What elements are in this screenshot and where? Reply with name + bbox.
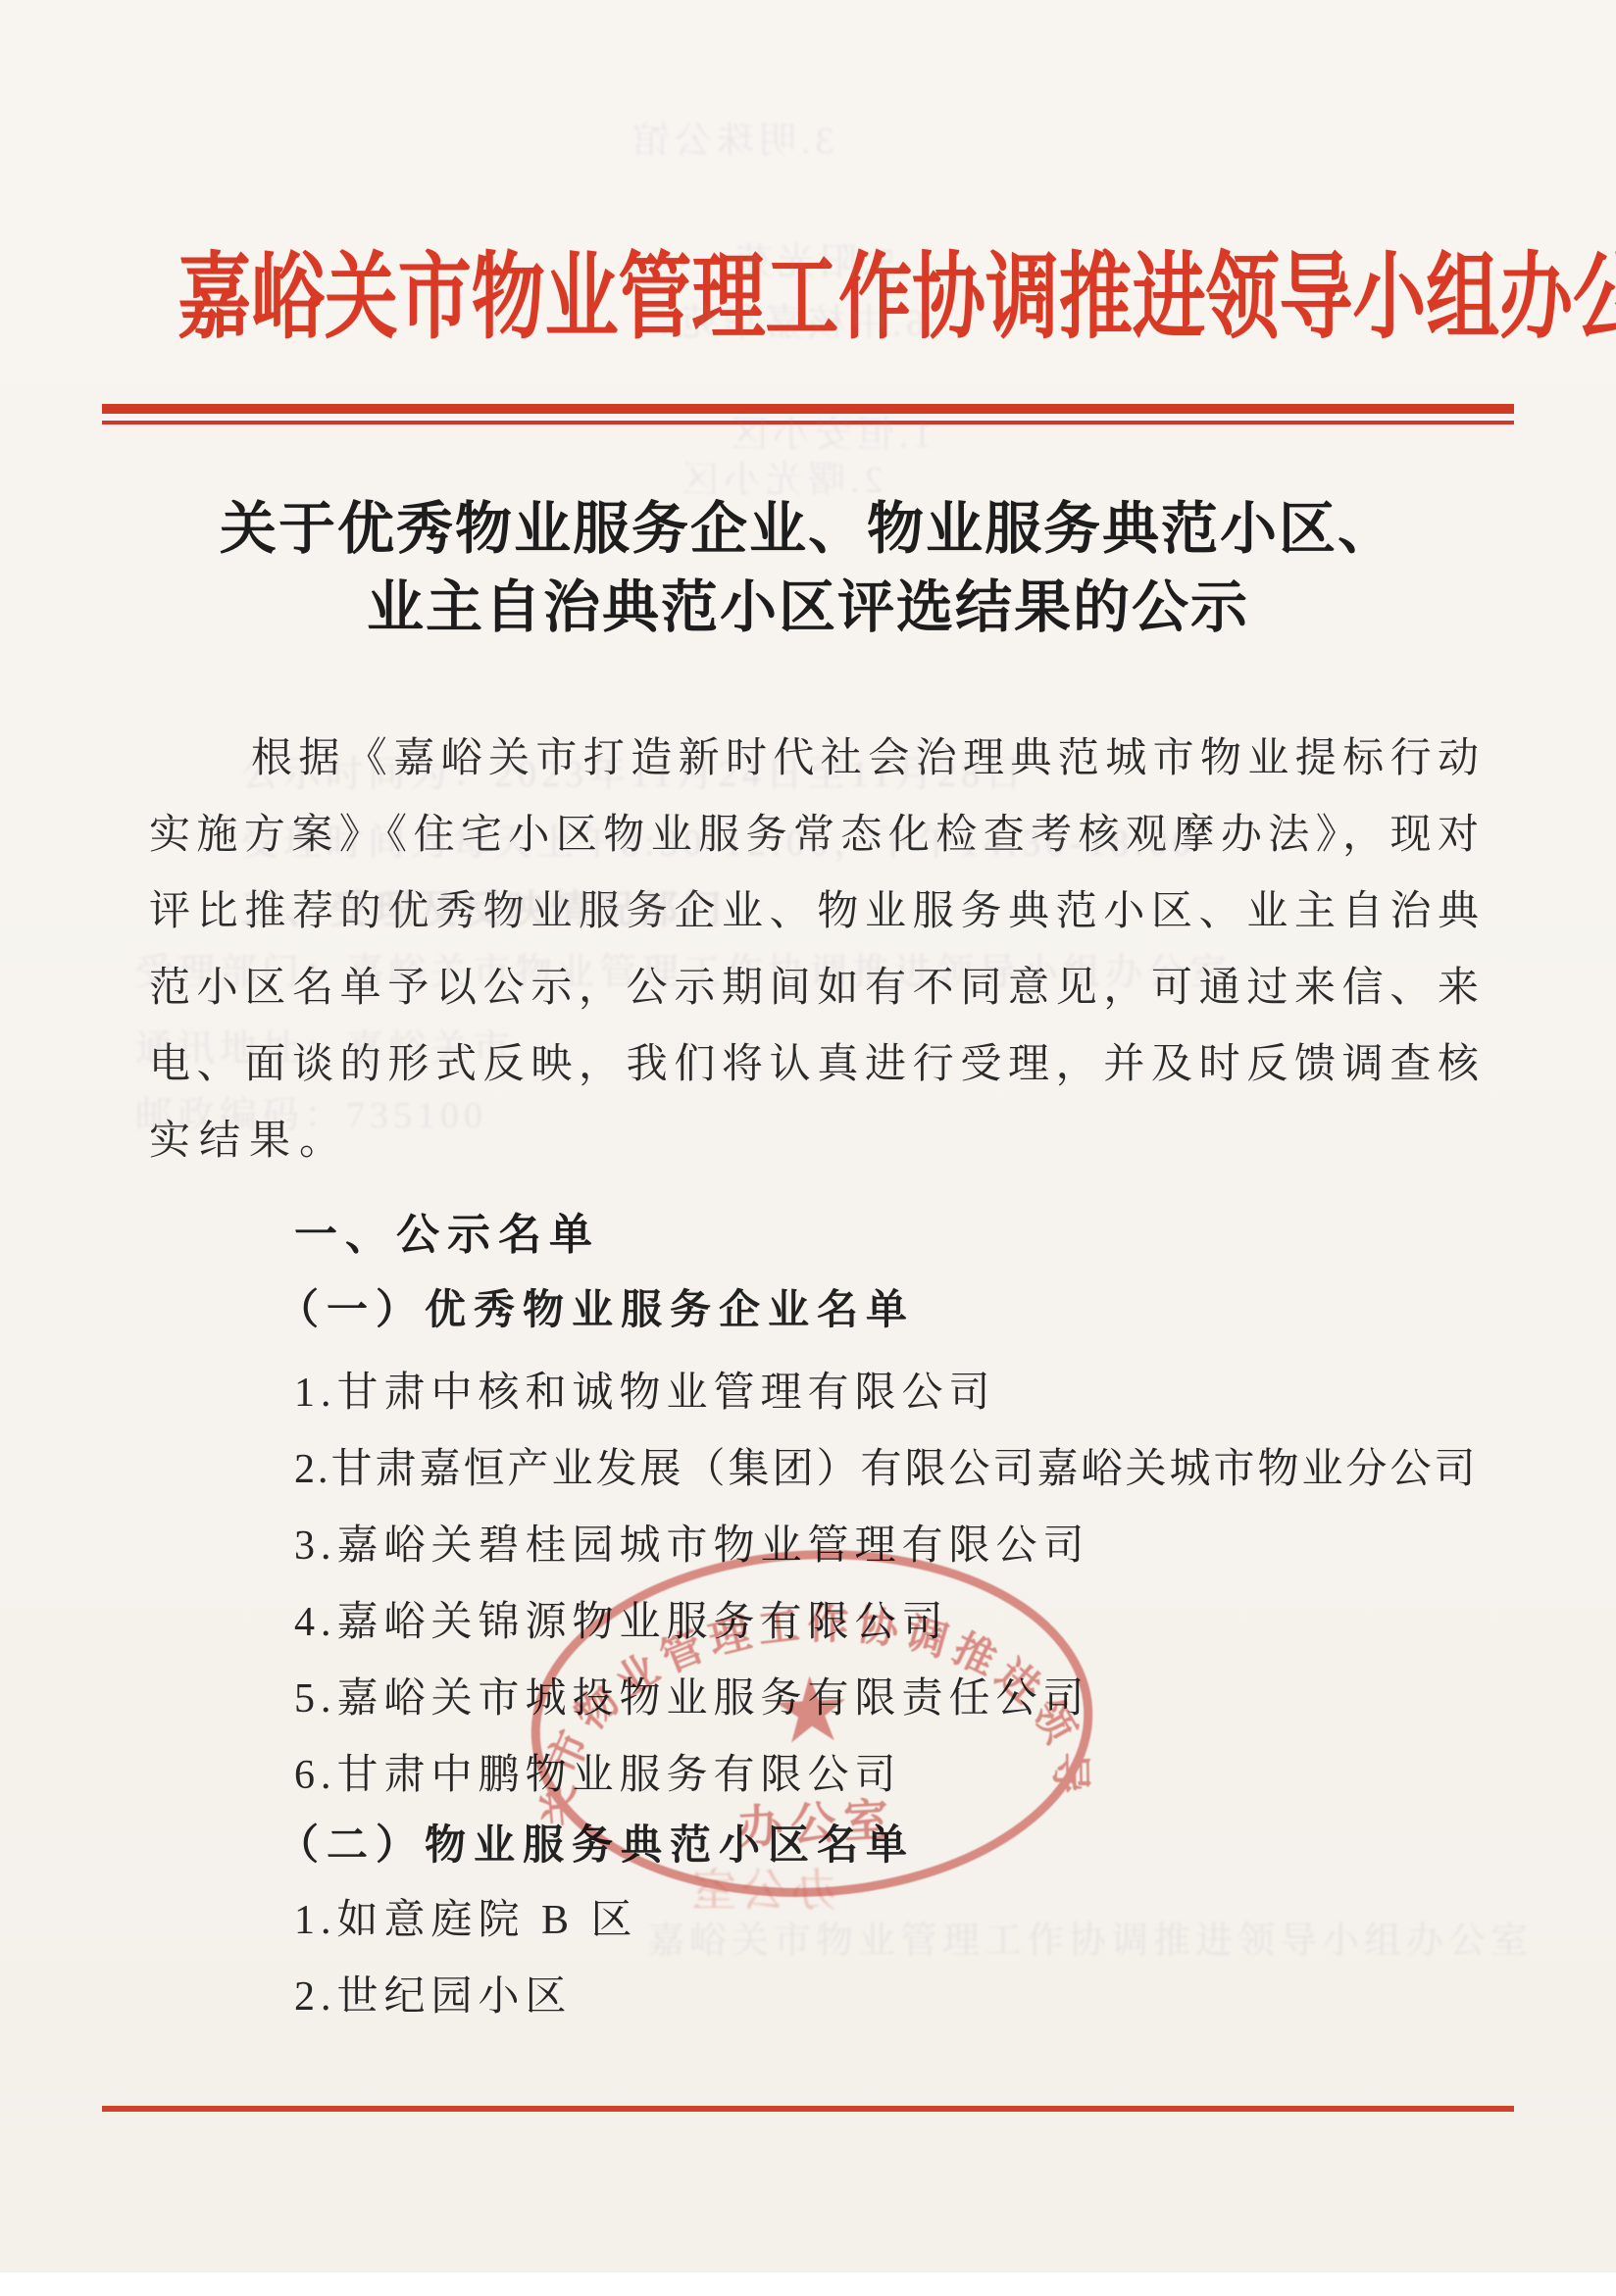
list-item: 2.甘肃嘉恒产业发展（集团）有限公司嘉峪关城市物业分公司 bbox=[294, 1436, 1479, 1495]
section-heading: 一、公示名单 bbox=[294, 1199, 600, 1262]
bleedthrough-text: 邮政编码：735100 bbox=[135, 1084, 487, 1138]
bleedthrough-text: 5.阳光苑 bbox=[731, 231, 895, 285]
document-title-line2: 业主自治典范小区评选结果的公示 bbox=[0, 561, 1616, 643]
bleedthrough-text: 受理部门：嘉峪关市物业管理工作协调推进领导小组办公室 bbox=[135, 941, 1232, 995]
list-item: 1.甘肃中核和诚物业管理有限公司 bbox=[294, 1360, 996, 1419]
bleedthrough-text: 受理时间为每天上午8:30-12:00，下午14:30-18:00 bbox=[241, 812, 1196, 866]
bleedthrough-seal-text: 办公室 bbox=[686, 1855, 836, 1920]
bleedthrough-text: 公示时间为：2023年11月24日至11月28日 bbox=[241, 743, 1027, 797]
scanner-edge-strip bbox=[0, 2272, 1616, 2296]
bleedthrough-text: 通讯地址：嘉峪关市 bbox=[135, 1018, 515, 1072]
seal-bottom-text: 办公室 bbox=[736, 1795, 897, 1853]
bleedthrough-text: 3.明珠公馆 bbox=[628, 110, 834, 164]
list-item: 2.世纪园小区 bbox=[294, 1964, 573, 2022]
footer-rule bbox=[102, 2106, 1514, 2112]
bleedthrough-text: 三、受理及反映情况部门 bbox=[241, 878, 727, 934]
bleedthrough-text: 2.曙光小区 bbox=[677, 449, 884, 503]
seal-star-icon: ★ bbox=[768, 1659, 854, 1763]
scanned-document-page: 嘉峪关市物业管理工作协调推进领导小组办公室 关于优秀物业服务企业、物业服务典范小… bbox=[0, 0, 1616, 2296]
subsection-heading-companies: （一）优秀物业服务企业名单 bbox=[278, 1277, 915, 1336]
bleedthrough-text: 6.中核嘉华苑 bbox=[677, 292, 926, 346]
